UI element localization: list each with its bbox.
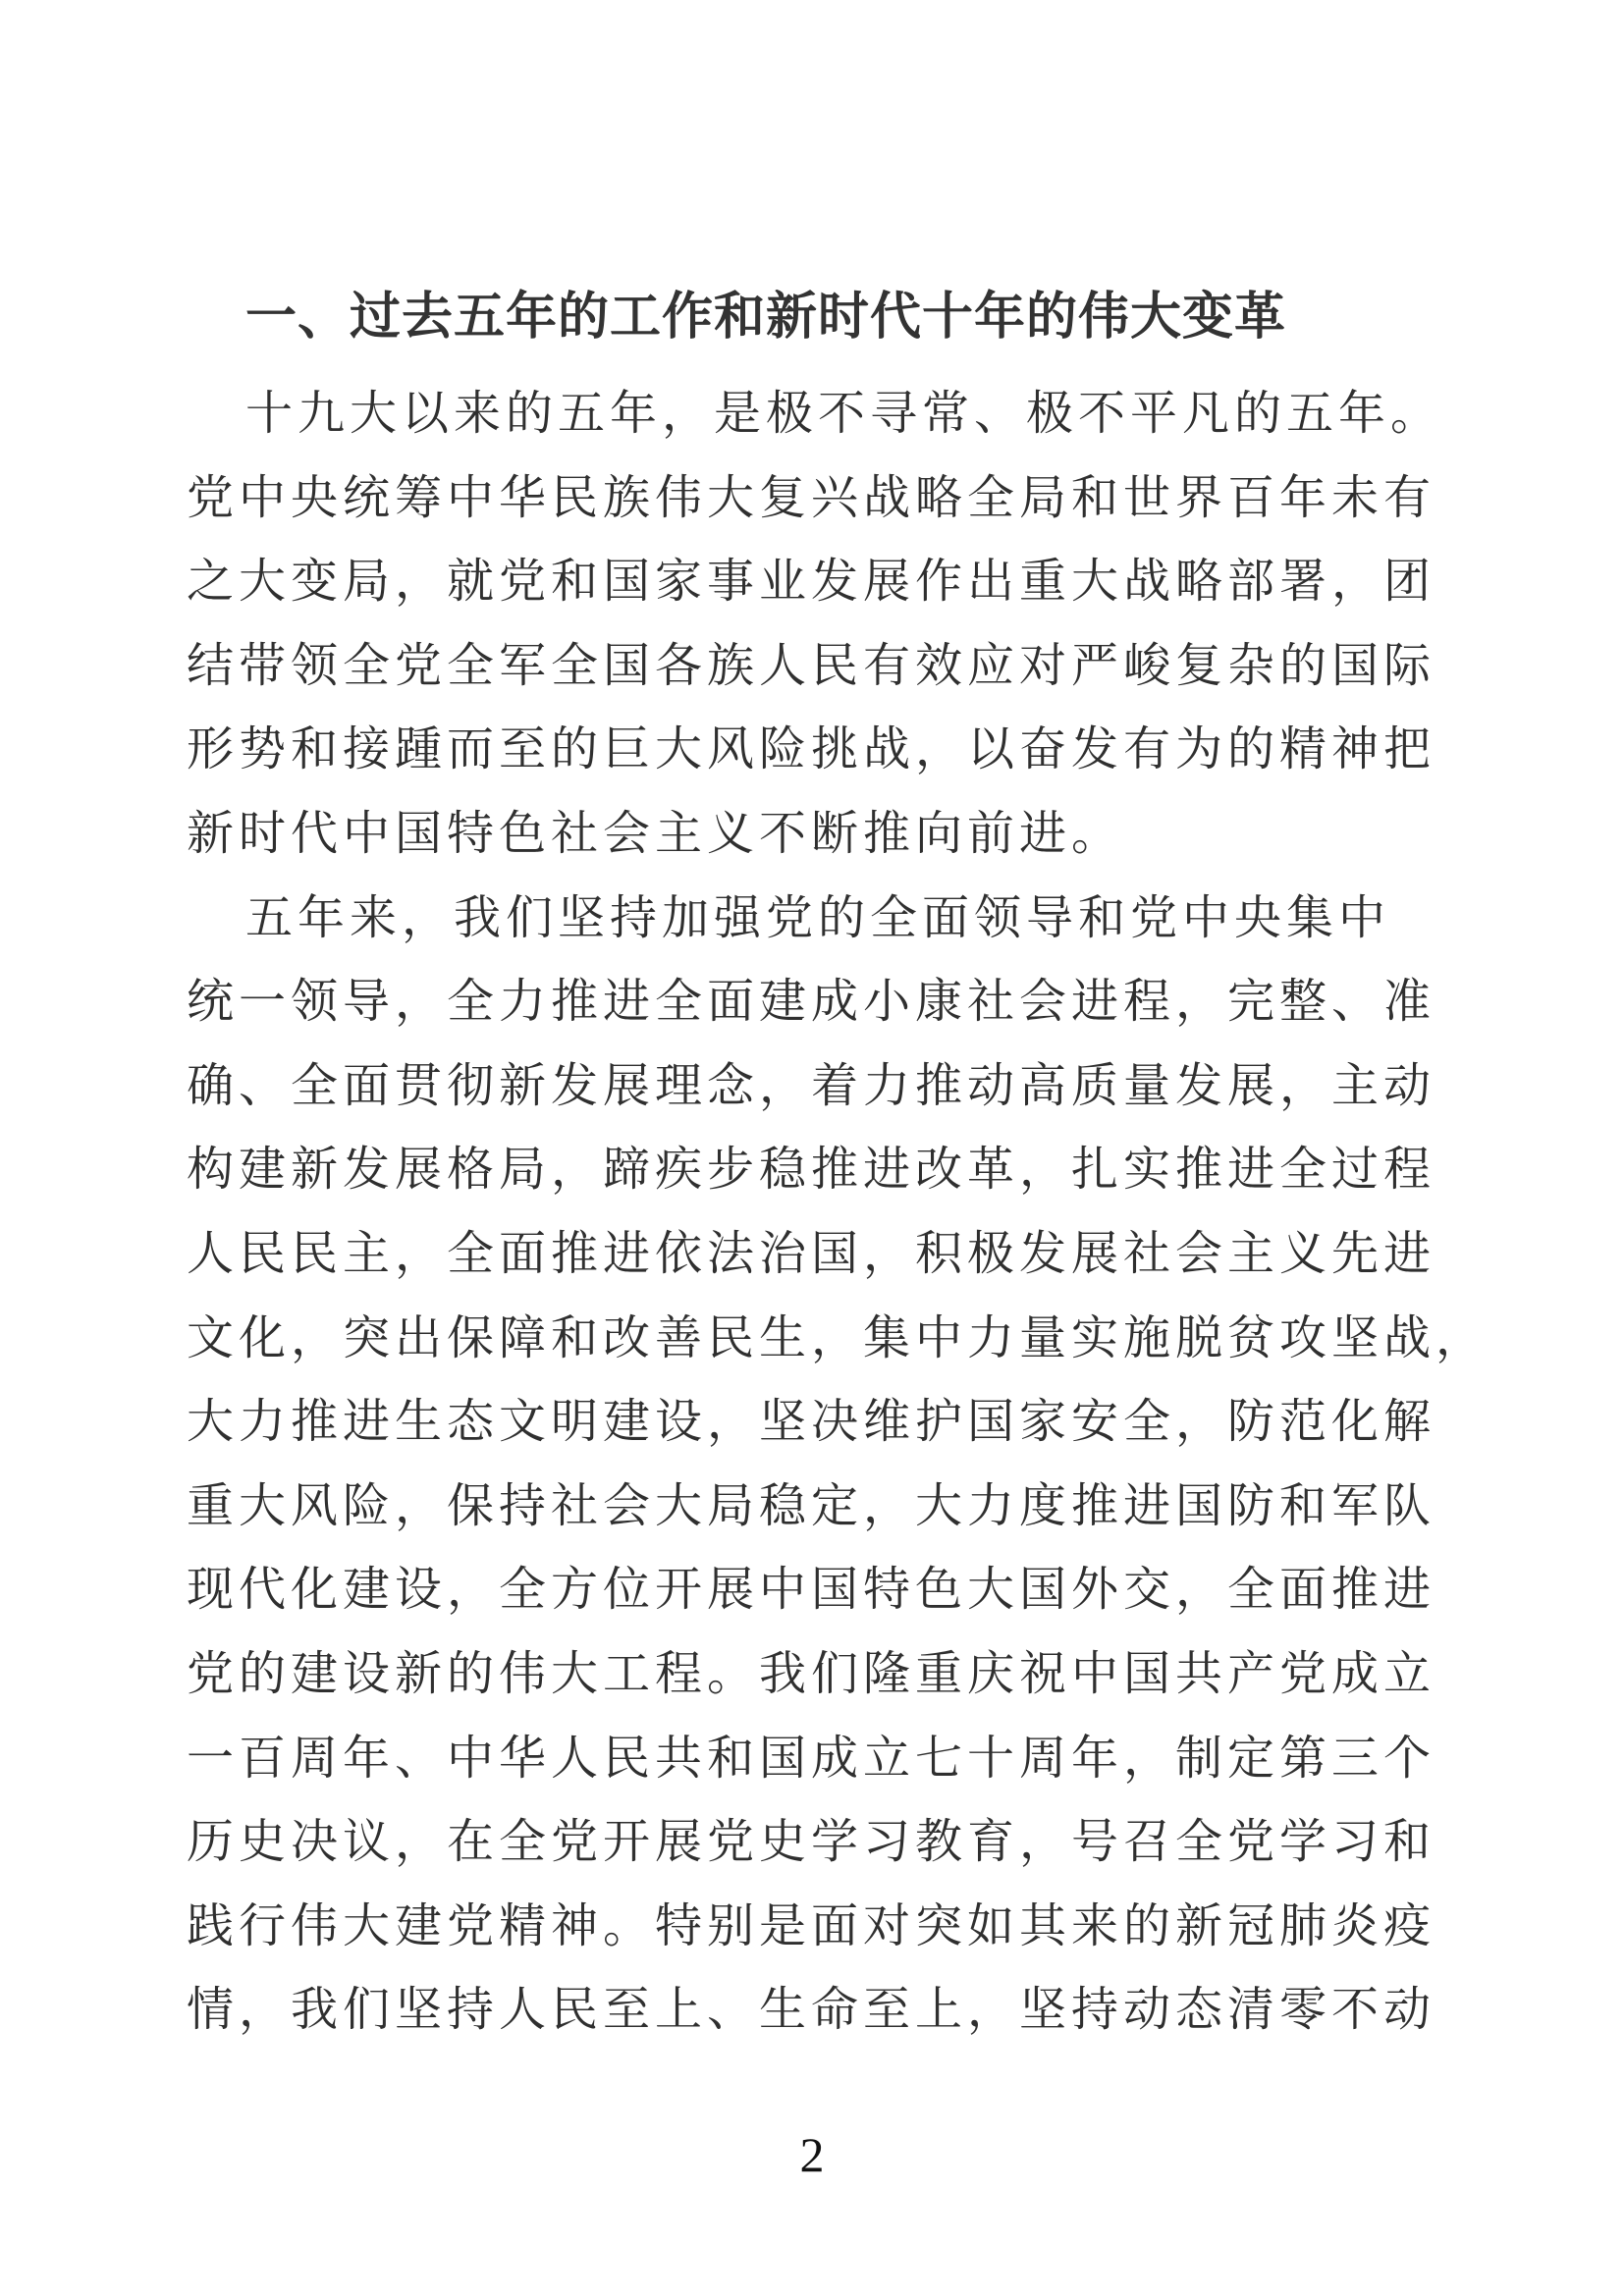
text-line: 五年来，我们坚持加强党的全面领导和党中央集中 [187,877,1453,961]
document-body: 十九大以来的五年，是极不寻常、极不平凡的五年。党中央统筹中华民族伟大复兴战略全局… [187,372,1453,2053]
text-line: 结带领全党全军全国各族人民有效应对严峻复杂的国际 [187,624,1453,709]
text-line: 情，我们坚持人民至上、生命至上，坚持动态清零不动 [187,1968,1453,2053]
section-heading: 一、过去五年的工作和新时代十年的伟大变革 [245,290,1286,345]
text-line: 人民民主，全面推进依法治国，积极发展社会主义先进 [187,1212,1453,1297]
text-line: 历史决议，在全党开展党史学习教育，号召全党学习和 [187,1800,1453,1885]
page-number: 2 [0,2126,1624,2183]
text-line: 十九大以来的五年，是极不寻常、极不平凡的五年。 [187,372,1453,456]
text-line: 现代化建设，全方位开展中国特色大国外交，全面推进 [187,1548,1453,1632]
document-page: 一、过去五年的工作和新时代十年的伟大变革 十九大以来的五年，是极不寻常、极不平凡… [0,0,1624,2296]
text-line: 党中央统筹中华民族伟大复兴战略全局和世界百年未有 [187,456,1453,541]
text-line: 一百周年、中华人民共和国成立七十周年，制定第三个 [187,1717,1453,1801]
text-line: 重大风险，保持社会大局稳定，大力度推进国防和军队 [187,1465,1453,1549]
text-line: 形势和接踵而至的巨大风险挑战，以奋发有为的精神把 [187,708,1453,792]
text-line: 统一领导，全力推进全面建成小康社会进程，完整、准 [187,960,1453,1044]
text-line: 构建新发展格局，蹄疾步稳推进改革，扎实推进全过程 [187,1128,1453,1212]
text-line: 大力推进生态文明建设，坚决维护国家安全，防范化解 [187,1380,1453,1465]
text-line: 之大变局，就党和国家事业发展作出重大战略部署，团 [187,540,1453,624]
text-line: 确、全面贯彻新发展理念，着力推动高质量发展，主动 [187,1044,1453,1129]
text-line: 践行伟大建党精神。特别是面对突如其来的新冠肺炎疫 [187,1885,1453,1969]
text-line: 新时代中国特色社会主义不断推向前进。 [187,792,1453,877]
text-line: 文化，突出保障和改善民生，集中力量实施脱贫攻坚战， [187,1297,1453,1381]
text-line: 党的建设新的伟大工程。我们隆重庆祝中国共产党成立 [187,1632,1453,1717]
paragraph: 五年来，我们坚持加强党的全面领导和党中央集中统一领导，全力推进全面建成小康社会进… [187,877,1453,2053]
paragraph: 十九大以来的五年，是极不寻常、极不平凡的五年。党中央统筹中华民族伟大复兴战略全局… [187,372,1453,877]
